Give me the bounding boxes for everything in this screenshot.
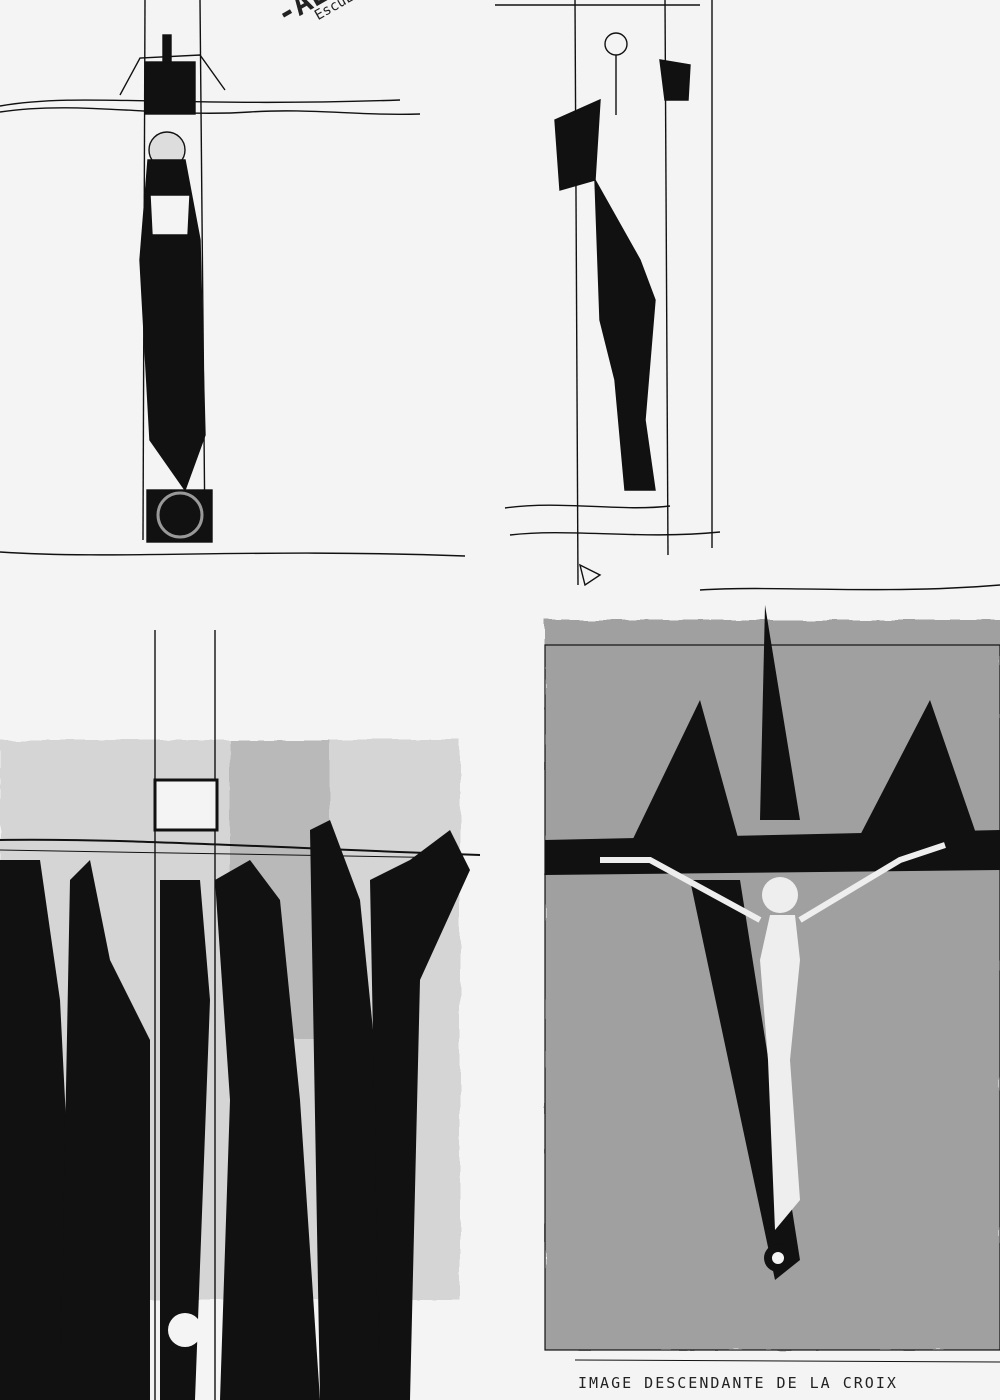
panel-top-right (495, 0, 1000, 590)
sketch-canvas (0, 0, 1000, 1400)
handwritten-caption: IMAGE DESCENDANTE DE LA CROIX (578, 1374, 898, 1392)
panel-top-left (0, 0, 465, 556)
panel-bottom-right (545, 605, 1000, 1362)
panel-bottom-left (0, 630, 480, 1400)
